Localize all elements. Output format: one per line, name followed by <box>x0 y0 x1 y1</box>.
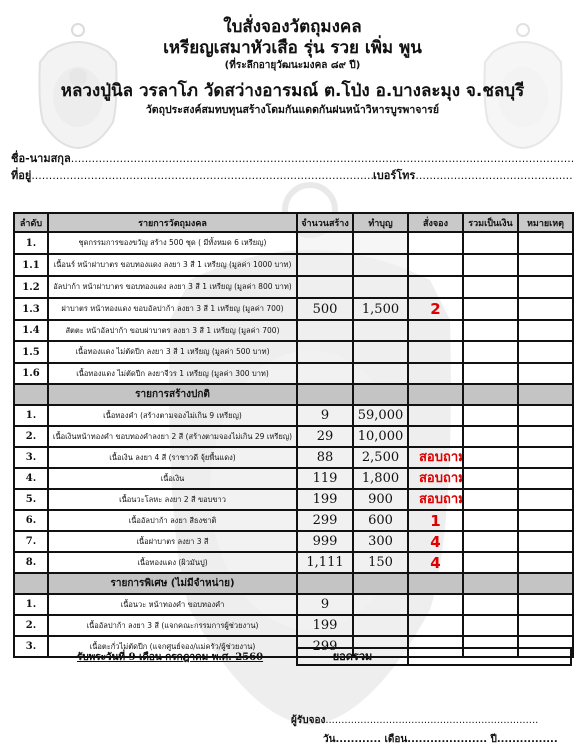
cell-price: 600 <box>353 510 408 531</box>
cell-total[interactable] <box>463 320 518 341</box>
table-row: 6.เนื้ออัลปาก้า ลงยา สีธงชาติ2996001 <box>14 510 573 531</box>
purpose-text: วัตถุประสงค์สมทบทุนสร้างโดมกันแดดกันฝนหน… <box>0 101 585 118</box>
cell-no: 6. <box>14 510 48 531</box>
cell-no: 1.2 <box>14 276 48 298</box>
cell-price: 10,000 <box>353 426 408 447</box>
col-header-note: หมายเหตุ <box>518 213 573 232</box>
cell-qty: 88 <box>297 447 353 468</box>
cell-qty <box>297 232 353 254</box>
cell-price <box>353 232 408 254</box>
cell-no: 1.4 <box>14 320 48 341</box>
receiver-field[interactable]: ผู้รับจอง...............................… <box>291 713 538 728</box>
cell-qty: 9 <box>297 405 353 426</box>
monk-temple: หลวงปู่นิล วรลาโภ วัดสว่างอารมณ์ ต.โป่ง … <box>0 77 585 104</box>
cell-total[interactable] <box>463 405 518 426</box>
cell-note[interactable] <box>518 276 573 298</box>
cell-qty <box>297 320 353 341</box>
table-row: 1.เนื้อนวะ หน้าทองคำ ขอบทองคำ9 <box>14 594 573 615</box>
cell-order[interactable] <box>408 426 463 447</box>
table-row: 5.เนื้อนวะโลหะ ลงยา 2 สี ขอบขาว199900สอบ… <box>14 489 573 510</box>
cell-no: 5. <box>14 489 48 510</box>
cell-order[interactable]: สอบถาม <box>408 489 463 510</box>
cell-price: 59,000 <box>353 405 408 426</box>
address-label: ที่อยู่ <box>11 169 31 182</box>
cell-order[interactable] <box>408 341 463 363</box>
cell-qty <box>297 573 353 594</box>
order-table: ลำดับ รายการวัตถุมงคล จำนวนสร้าง ทำบุญ ส… <box>13 212 574 658</box>
table-row: 2.เนื้อเงินหน้าทองคำ ขอบทองคำลงยา 2 สี (… <box>14 426 573 447</box>
cell-item: ชุดกรรมการของขวัญ สร้าง 500 ชุด ( มีทั้ง… <box>48 232 297 254</box>
cell-price: 2,500 <box>353 447 408 468</box>
cell-item: สัตตะ หน้าอัลปาก้า ขอบฝาบาตร ลงยา 3 สี 1… <box>48 320 297 341</box>
table-row: 1.4สัตตะ หน้าอัลปาก้า ขอบฝาบาตร ลงยา 3 ส… <box>14 320 573 341</box>
cell-item: เนื้อนวะโลหะ ลงยา 2 สี ขอบขาว <box>48 489 297 510</box>
cell-price <box>353 341 408 363</box>
cell-note[interactable] <box>518 298 573 320</box>
cell-item: เนื้อทองแดง ไม่ตัดปีก ลงยาจีวร 1 เหรียญ … <box>48 363 297 384</box>
table-row: 2.เนื้ออัลปาก้า ลงยา 3 สี (แจกคณะกรรมการ… <box>14 615 573 636</box>
cell-note[interactable] <box>518 405 573 426</box>
cell-qty <box>297 254 353 276</box>
cell-price: 300 <box>353 531 408 552</box>
cell-item: เนื้อนร์ หน้าฝาบาตร ขอบทองแดง ลงยา 3 สี … <box>48 254 297 276</box>
cell-item: อัลปาก้า หน้าฝาบาตร ขอบทองแดง ลงยา 3 สี … <box>48 276 297 298</box>
cell-qty: 199 <box>297 489 353 510</box>
cell-item: ฝาบาตร หน้าทองแดง ขอบอัลปาก้า ลงยา 3 สี … <box>48 298 297 320</box>
cell-total[interactable] <box>463 552 518 573</box>
cell-item: เนื้อทองคำ (สร้างตามจองไม่เกิน 9 เหรียญ) <box>48 405 297 426</box>
cell-total <box>463 384 518 405</box>
col-header-no: ลำดับ <box>14 213 48 232</box>
cell-item: เนื้ออัลปาก้า ลงยา 3 สี (แจกคณะกรรมการผู… <box>48 615 297 636</box>
section-header-row: รายการสร้างปกติ <box>14 384 573 405</box>
section-title: รายการพิเศษ (ไม่มีจำหน่าย) <box>48 573 297 594</box>
cell-order[interactable] <box>408 320 463 341</box>
cell-note[interactable] <box>518 594 573 615</box>
table-row: 1.ชุดกรรมการของขวัญ สร้าง 500 ชุด ( มีทั… <box>14 232 573 254</box>
cell-note <box>518 384 573 405</box>
cell-note[interactable] <box>518 489 573 510</box>
cell-note[interactable] <box>518 510 573 531</box>
cell-no: 4. <box>14 468 48 489</box>
cell-price <box>353 363 408 384</box>
receive-date: รับพระวันที่ 9 เดือน กรกฎาคม พ.ศ. 2560 <box>77 650 263 665</box>
cell-order <box>408 384 463 405</box>
cell-note <box>518 573 573 594</box>
cell-order[interactable]: 2 <box>408 298 463 320</box>
table-row: 4.เนื้อเงิน1191,800สอบถาม <box>14 468 573 489</box>
cell-order <box>408 573 463 594</box>
cell-note[interactable] <box>518 320 573 341</box>
cell-price: 1,500 <box>353 298 408 320</box>
cell-no: 1.3 <box>14 298 48 320</box>
cell-no: 2. <box>14 615 48 636</box>
cell-order[interactable]: 1 <box>408 510 463 531</box>
table-row: 1.เนื้อทองคำ (สร้างตามจองไม่เกิน 9 เหรีย… <box>14 405 573 426</box>
cell-note[interactable] <box>518 615 573 636</box>
cell-order[interactable] <box>408 276 463 298</box>
cell-price <box>353 276 408 298</box>
cell-total[interactable] <box>463 531 518 552</box>
table-row: 8.เนื้อทองแดง (ผิวมันปู)1,1111504 <box>14 552 573 573</box>
section-title: รายการสร้างปกติ <box>48 384 297 405</box>
table-row: 7.เนื้อฝาบาตร ลงยา 3 สี9993004 <box>14 531 573 552</box>
cell-no: 1. <box>14 232 48 254</box>
cell-no: 1.1 <box>14 254 48 276</box>
cell-order[interactable]: 4 <box>408 531 463 552</box>
name-dots: ........................................… <box>71 152 573 165</box>
table-row: 1.5เนื้อทองแดง ไม่ตัดปีก ลงยา 3 สี 1 เหร… <box>14 341 573 363</box>
cell-qty: 1,111 <box>297 552 353 573</box>
cell-no: 1. <box>14 594 48 615</box>
cell-item: เนื้อทองแดง ไม่ตัดปีก ลงยา 3 สี 1 เหรียญ… <box>48 341 297 363</box>
table-row: 1.1เนื้อนร์ หน้าฝาบาตร ขอบทองแดง ลงยา 3 … <box>14 254 573 276</box>
cell-total <box>463 573 518 594</box>
table-header: ลำดับ รายการวัตถุมงคล จำนวนสร้าง ทำบุญ ส… <box>14 213 573 232</box>
cell-total[interactable] <box>463 447 518 468</box>
col-header-qty: จำนวนสร้าง <box>297 213 353 232</box>
table-row: 1.6เนื้อทองแดง ไม่ตัดปีก ลงยาจีวร 1 เหรี… <box>14 363 573 384</box>
cell-price <box>353 320 408 341</box>
cell-qty: 999 <box>297 531 353 552</box>
receiver-dots: ........................................… <box>325 715 538 726</box>
cell-item: เนื้อทองแดง (ผิวมันปู) <box>48 552 297 573</box>
cell-total[interactable] <box>463 615 518 636</box>
cell-no <box>14 573 48 594</box>
date-line[interactable]: วัน............ เดือน...................… <box>323 732 558 747</box>
cell-item: เนื้อนวะ หน้าทองคำ ขอบทองคำ <box>48 594 297 615</box>
cell-note[interactable] <box>518 363 573 384</box>
cell-item: เนื้อเงินหน้าทองคำ ขอบทองคำลงยา 2 สี (สร… <box>48 426 297 447</box>
cell-order[interactable]: สอบถาม <box>408 447 463 468</box>
cell-total[interactable] <box>463 468 518 489</box>
cell-price <box>353 594 408 615</box>
table-row: 1.3ฝาบาตร หน้าทองแดง ขอบอัลปาก้า ลงยา 3 … <box>14 298 573 320</box>
cell-price <box>353 573 408 594</box>
cell-total[interactable] <box>463 426 518 447</box>
cell-note[interactable] <box>518 254 573 276</box>
medal-name: เหรียญเสมาหัวเสือ รุ่น รวย เพิ่ม พูน <box>0 34 585 61</box>
section-header-row: รายการพิเศษ (ไม่มีจำหน่าย) <box>14 573 573 594</box>
cell-total[interactable] <box>463 489 518 510</box>
cell-note[interactable] <box>518 232 573 254</box>
cell-note[interactable] <box>518 552 573 573</box>
cell-price: 1,800 <box>353 468 408 489</box>
cell-no: 1.5 <box>14 341 48 363</box>
col-header-item: รายการวัตถุมงคล <box>48 213 297 232</box>
cell-qty <box>297 276 353 298</box>
cell-total[interactable] <box>463 232 518 254</box>
cell-no <box>14 384 48 405</box>
cell-price: 900 <box>353 489 408 510</box>
occasion-text: (ที่ระลึกอายุวัฒนะมงคล ๘๙ ปี) <box>0 58 585 73</box>
cell-qty <box>297 384 353 405</box>
cell-no: 8. <box>14 552 48 573</box>
cell-price <box>353 384 408 405</box>
cell-qty <box>297 341 353 363</box>
cell-no: 2. <box>14 426 48 447</box>
cell-note[interactable] <box>518 341 573 363</box>
cell-order[interactable]: 4 <box>408 552 463 573</box>
cell-item: เนื้ออัลปาก้า ลงยา สีธงชาติ <box>48 510 297 531</box>
cell-order[interactable] <box>408 363 463 384</box>
col-header-donation: ทำบุญ <box>353 213 408 232</box>
cell-qty: 9 <box>297 594 353 615</box>
cell-total[interactable] <box>463 363 518 384</box>
cell-no: 3. <box>14 636 48 657</box>
cell-order[interactable] <box>408 232 463 254</box>
cell-order[interactable] <box>408 594 463 615</box>
cell-price <box>353 615 408 636</box>
cell-no: 1. <box>14 405 48 426</box>
receiver-label: ผู้รับจอง <box>291 715 325 726</box>
col-header-order: สั่งจอง <box>408 213 463 232</box>
cell-qty: 29 <box>297 426 353 447</box>
cell-order[interactable] <box>408 615 463 636</box>
cell-note[interactable] <box>518 447 573 468</box>
cell-total[interactable] <box>463 594 518 615</box>
cell-price <box>353 254 408 276</box>
phone-dots: ........................................… <box>415 169 573 182</box>
address-dots: ........................................… <box>31 169 373 182</box>
cell-total[interactable] <box>463 341 518 363</box>
phone-field[interactable]: เบอร์โทร................................… <box>373 166 573 184</box>
table-row: 3.เนื้อเงิน ลงยา 4 สี (ราชาวดี จุ้ยพื้นแ… <box>14 447 573 468</box>
cell-item: เนื้อฝาบาตร ลงยา 3 สี <box>48 531 297 552</box>
cell-item: เนื้อเงิน <box>48 468 297 489</box>
cell-total[interactable] <box>463 276 518 298</box>
cell-no: 1.6 <box>14 363 48 384</box>
cell-order[interactable] <box>408 405 463 426</box>
total-label: ยอดรวม <box>298 649 409 664</box>
cell-item: เนื้อเงิน ลงยา 4 สี (ราชาวดี จุ้ยพื้นแดง… <box>48 447 297 468</box>
phone-label: เบอร์โทร <box>373 169 415 182</box>
cell-qty: 500 <box>297 298 353 320</box>
cell-no: 3. <box>14 447 48 468</box>
cell-qty: 199 <box>297 615 353 636</box>
address-field[interactable]: ที่อยู่.................................… <box>11 166 373 184</box>
cell-order[interactable] <box>408 254 463 276</box>
cell-note[interactable] <box>518 468 573 489</box>
cell-qty: 299 <box>297 510 353 531</box>
table-row: 1.2อัลปาก้า หน้าฝาบาตร ขอบทองแดง ลงยา 3 … <box>14 276 573 298</box>
cell-price: 150 <box>353 552 408 573</box>
cell-total[interactable] <box>463 254 518 276</box>
name-label: ชื่อ-นามสกุล <box>11 152 71 165</box>
cell-qty <box>297 363 353 384</box>
cell-no: 7. <box>14 531 48 552</box>
name-field[interactable]: ชื่อ-นามสกุล............................… <box>11 149 573 167</box>
cell-note[interactable] <box>518 426 573 447</box>
cell-total[interactable] <box>463 298 518 320</box>
col-header-total: รวมเป็นเงิน <box>463 213 518 232</box>
cell-note[interactable] <box>518 531 573 552</box>
total-box: ยอดรวม <box>296 647 572 666</box>
cell-order[interactable]: สอบถาม <box>408 468 463 489</box>
cell-qty: 119 <box>297 468 353 489</box>
cell-total[interactable] <box>463 510 518 531</box>
